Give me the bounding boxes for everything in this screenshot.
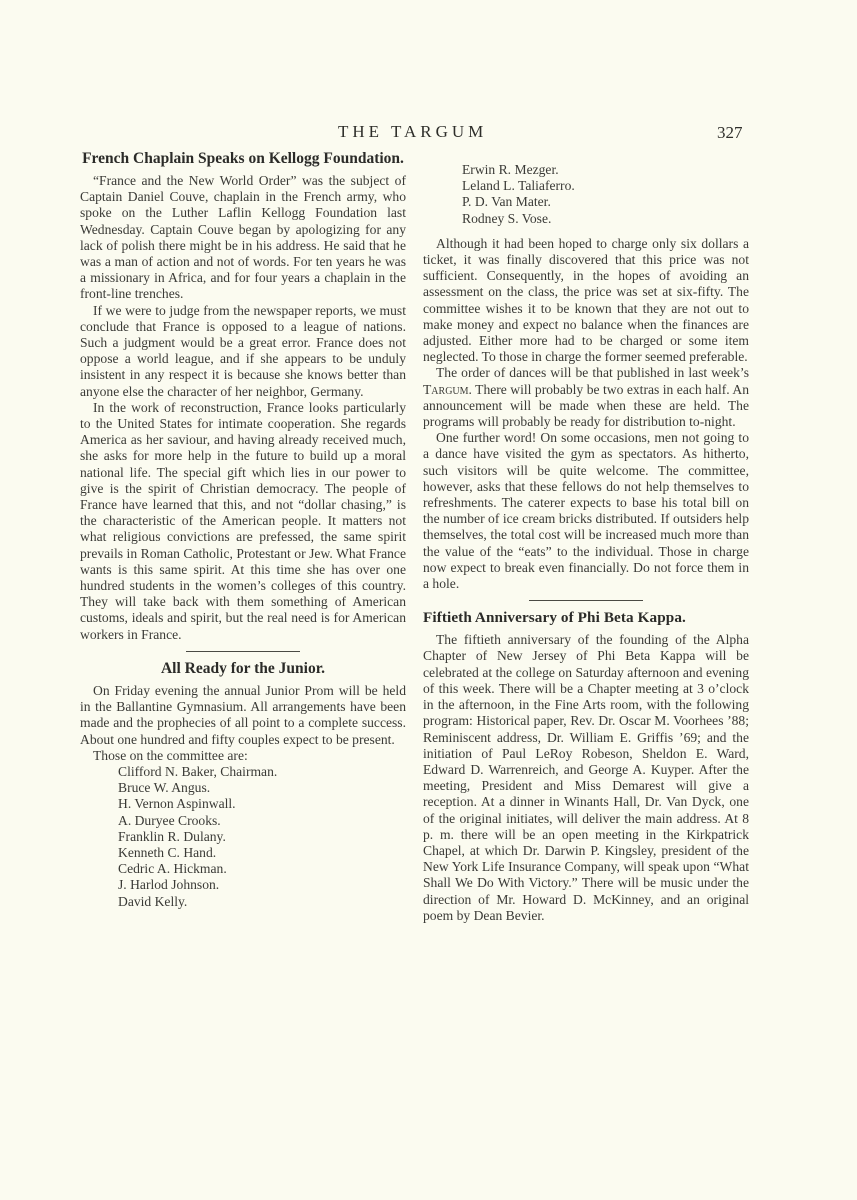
committee-member: Rodney S. Vose. bbox=[462, 211, 749, 227]
article-paragraph: The fiftieth anniversary of the founding… bbox=[423, 632, 749, 924]
article-phi-beta-kappa: Fiftieth Anniversary of Phi Beta Kappa. … bbox=[423, 609, 749, 924]
publication-masthead: THE TARGUM bbox=[338, 122, 487, 142]
committee-member: Cedric A. Hickman. bbox=[118, 861, 406, 877]
left-column: French Chaplain Speaks on Kellogg Founda… bbox=[80, 150, 406, 910]
article-paragraph: In the work of reconstruction, France lo… bbox=[80, 400, 406, 643]
committee-member: H. Vernon Aspinwall. bbox=[118, 796, 406, 812]
paragraph-text: There will probably be two extras in eac… bbox=[423, 382, 749, 429]
page-header: THE TARGUM 327 bbox=[0, 122, 857, 144]
committee-member: David Kelly. bbox=[118, 894, 406, 910]
committee-member: Clifford N. Baker, Chairman. bbox=[118, 764, 406, 780]
committee-member: J. Harlod Johnson. bbox=[118, 877, 406, 893]
committee-member: A. Duryee Crooks. bbox=[118, 813, 406, 829]
committee-intro: Those on the committee are: bbox=[80, 748, 406, 764]
committee-member: Bruce W. Angus. bbox=[118, 780, 406, 796]
committee-member: Leland L. Taliaferro. bbox=[462, 178, 749, 194]
committee-member: Kenneth C. Hand. bbox=[118, 845, 406, 861]
article-paragraph: Although it had been hoped to charge onl… bbox=[423, 236, 749, 366]
article-headline: All Ready for the Junior. bbox=[80, 660, 406, 678]
section-divider bbox=[186, 651, 300, 652]
committee-list-continued: Erwin R. Mezger. Leland L. Taliaferro. P… bbox=[423, 162, 749, 227]
paragraph-text: The order of dances will be that publish… bbox=[436, 365, 749, 380]
committee-member: Franklin R. Dulany. bbox=[118, 829, 406, 845]
article-paragraph: On Friday evening the annual Junior Prom… bbox=[80, 683, 406, 748]
article-french-chaplain: French Chaplain Speaks on Kellogg Founda… bbox=[80, 150, 406, 643]
article-junior-prom: All Ready for the Junior. On Friday even… bbox=[80, 660, 406, 910]
article-paragraph: “France and the New World Order” was the… bbox=[80, 173, 406, 303]
publication-name: Targum. bbox=[423, 382, 472, 397]
article-paragraph: One further word! On some occasions, men… bbox=[423, 430, 749, 592]
page-number: 327 bbox=[717, 123, 743, 143]
right-column: Erwin R. Mezger. Leland L. Taliaferro. P… bbox=[423, 162, 749, 924]
article-headline: French Chaplain Speaks on Kellogg Founda… bbox=[80, 150, 406, 168]
committee-list: Clifford N. Baker, Chairman. Bruce W. An… bbox=[80, 764, 406, 910]
committee-member: Erwin R. Mezger. bbox=[462, 162, 749, 178]
article-paragraph: If we were to judge from the newspaper r… bbox=[80, 303, 406, 400]
article-paragraph: The order of dances will be that publish… bbox=[423, 365, 749, 430]
section-divider bbox=[529, 600, 643, 601]
committee-member: P. D. Van Mater. bbox=[462, 194, 749, 210]
article-headline: Fiftieth Anniversary of Phi Beta Kappa. bbox=[423, 609, 749, 627]
